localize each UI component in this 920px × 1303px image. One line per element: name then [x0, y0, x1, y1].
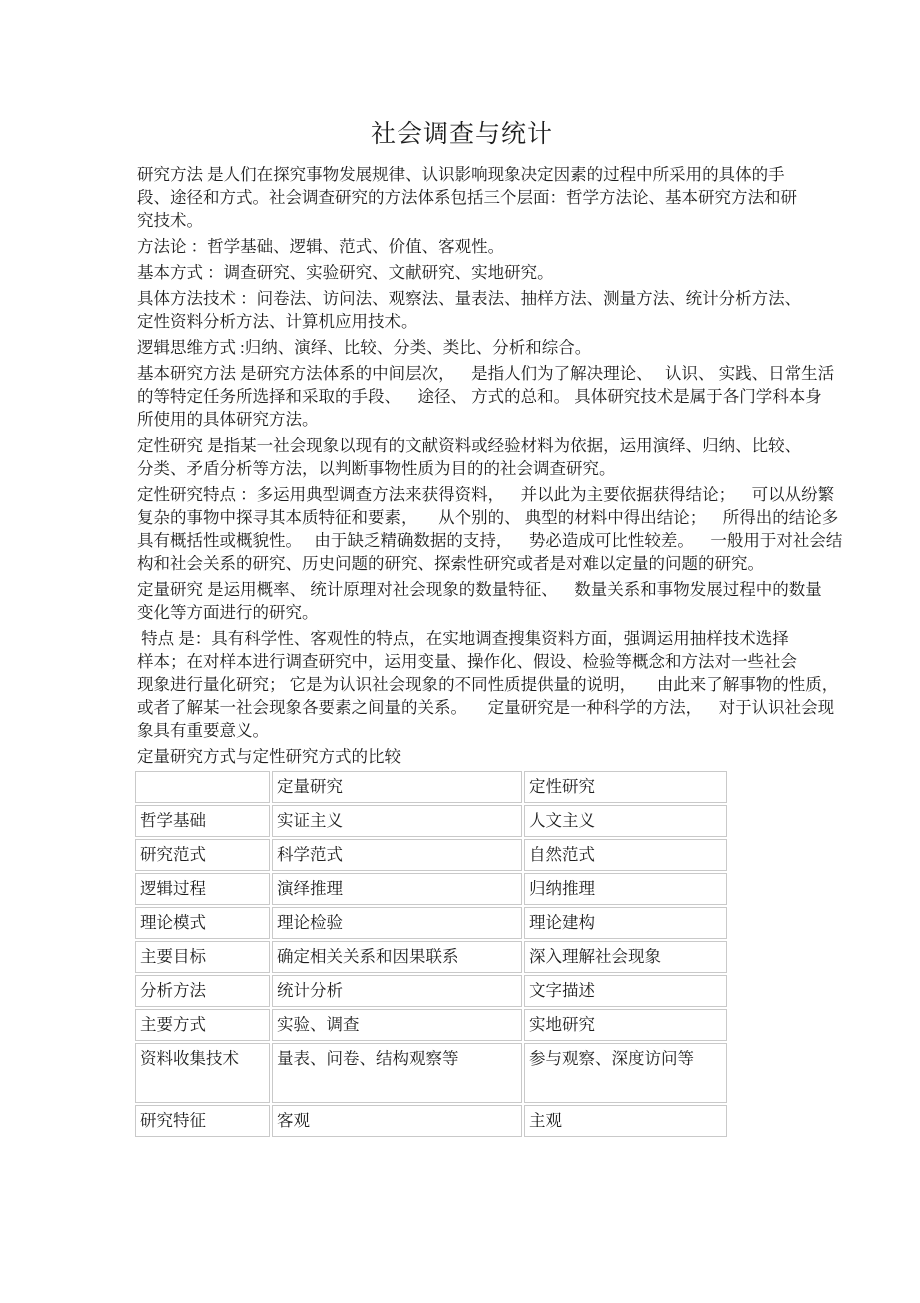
paragraph-line: 或者了解某一社会现象各要素之间量的关系。 定量研究是一种科学的方法， 对于认识社…: [137, 696, 797, 719]
paragraph-line: 基本方式 ：调查研究、实验研究、文献研究、实地研究。: [137, 261, 797, 284]
table-cell: 主观: [524, 1105, 727, 1137]
paragraph-line: 研究方法 是人们在探究事物发展规律、认识影响现象决定因素的过程中所采用的具体的手: [137, 163, 797, 186]
table-cell: 人文主义: [524, 805, 727, 837]
table-row: 逻辑过程演绎推理归纳推理: [135, 873, 727, 905]
table-cell: 哲学基础: [135, 805, 270, 837]
table-row: 研究范式科学范式自然范式: [135, 839, 727, 871]
table-row: 主要方式实验、调查实地研究: [135, 1009, 727, 1041]
paragraph-line: 构和社会关系的研究、历史问题的研究、探索性研究或者是对难以定量的问题的研究。: [137, 552, 797, 575]
table-cell: 主要方式: [135, 1009, 270, 1041]
table-cell: 实证主义: [272, 805, 522, 837]
table-cell: [135, 771, 270, 803]
paragraph-line: 具体方法技术 ：问卷法、访问法、观察法、量表法、抽样方法、测量方法、统计分析方法…: [137, 287, 797, 310]
table-row: 主要目标确定相关关系和因果联系深入理解社会现象: [135, 941, 727, 973]
table-cell: 理论建构: [524, 907, 727, 939]
paragraph-line: 特点 是：具有科学性、客观性的特点，在实地调查搜集资料方面，强调运用抽样技术选择: [137, 627, 797, 650]
paragraph-line: 定性资料分析方法、计算机应用技术。: [137, 310, 797, 333]
table-cell: 实验、调查: [272, 1009, 522, 1041]
paragraph-line: 所使用的具体研究方法。: [137, 408, 797, 431]
paragraph-line: 分类、矛盾分析等方法，以判断事物性质为目的的社会调查研究。: [137, 457, 797, 480]
table-row: 分析方法统计分析文字描述: [135, 975, 727, 1007]
paragraph-line: 定量研究 是运用概率、 统计原理对社会现象的数量特征、 数量关系和事物发展过程中…: [137, 578, 797, 601]
document-body: 社会调查与统计 研究方法 是人们在探究事物发展规律、认识影响现象决定因素的过程中…: [137, 119, 797, 1139]
paragraph: 基本研究方法 是研究方法体系的中间层次， 是指人们为了解决理论、 认识、 实践、…: [137, 362, 797, 431]
table-row: 哲学基础实证主义人文主义: [135, 805, 727, 837]
table-row: 资料收集技术量表、问卷、结构观察等参与观察、深度访问等: [135, 1043, 727, 1103]
table-cell: 参与观察、深度访问等: [524, 1043, 727, 1103]
paragraph-line: 的等特定任务所选择和采取的手段、 途径、 方式的总和。 具体研究技术是属于各门学…: [137, 385, 797, 408]
paragraph-line: 究技术。: [137, 209, 797, 232]
paragraph-line: 象具有重要意义。: [137, 719, 797, 742]
paragraph: 方法论 ：哲学基础、逻辑、范式、价值、客观性。: [137, 235, 797, 258]
paragraph: 研究方法 是人们在探究事物发展规律、认识影响现象决定因素的过程中所采用的具体的手…: [137, 163, 797, 232]
paragraph-line: 具有概括性或概貌性。 由于缺乏精确数据的支持， 势必造成可比性较差。 一般用于对…: [137, 529, 797, 552]
paragraph-line: 现象进行量化研究； 它是为认识社会现象的不同性质提供量的说明， 由此来了解事物的…: [137, 673, 797, 696]
table-row: 研究特征客观主观: [135, 1105, 727, 1137]
paragraph: 逻辑思维方式 :归纳、演绎、比较、分类、类比、分析和综合。: [137, 336, 797, 359]
table-cell: 理论模式: [135, 907, 270, 939]
table-cell: 实地研究: [524, 1009, 727, 1041]
comparison-table: 定量研究定性研究哲学基础实证主义人文主义研究范式科学范式自然范式逻辑过程演绎推理…: [133, 769, 729, 1139]
paragraph-line: 逻辑思维方式 :归纳、演绎、比较、分类、类比、分析和综合。: [137, 336, 797, 359]
paragraph-line: 样本；在对样本进行调查研究中，运用变量、操作化、假设、检验等概念和方法对一些社会: [137, 650, 797, 673]
paragraph-line: 段、途径和方式。社会调查研究的方法体系包括三个层面：哲学方法论、基本研究方法和研: [137, 186, 797, 209]
table-cell: 文字描述: [524, 975, 727, 1007]
paragraph: 定性研究特点 ：多运用典型调查方法来获得资料， 并以此为主要依据获得结论； 可以…: [137, 483, 797, 575]
table-cell: 自然范式: [524, 839, 727, 871]
page-title: 社会调查与统计: [137, 119, 787, 150]
paragraph: 定性研究 是指某一社会现象以现有的文献资料或经验材料为依据，运用演绎、归纳、比较…: [137, 434, 797, 480]
table-cell: 资料收集技术: [135, 1043, 270, 1103]
table-cell: 统计分析: [272, 975, 522, 1007]
document-page: 社会调查与统计 研究方法 是人们在探究事物发展规律、认识影响现象决定因素的过程中…: [0, 0, 920, 1303]
paragraph: 基本方式 ：调查研究、实验研究、文献研究、实地研究。: [137, 261, 797, 284]
table-cell: 逻辑过程: [135, 873, 270, 905]
paragraph: 特点 是：具有科学性、客观性的特点，在实地调查搜集资料方面，强调运用抽样技术选择…: [137, 627, 797, 742]
table-cell: 定量研究: [272, 771, 522, 803]
table-cell: 研究特征: [135, 1105, 270, 1137]
paragraphs: 研究方法 是人们在探究事物发展规律、认识影响现象决定因素的过程中所采用的具体的手…: [137, 163, 797, 742]
paragraph: 定量研究 是运用概率、 统计原理对社会现象的数量特征、 数量关系和事物发展过程中…: [137, 578, 797, 624]
paragraph-line: 定性研究 是指某一社会现象以现有的文献资料或经验材料为依据，运用演绎、归纳、比较…: [137, 434, 797, 457]
table-cell: 科学范式: [272, 839, 522, 871]
table-cell: 深入理解社会现象: [524, 941, 727, 973]
table-cell: 确定相关关系和因果联系: [272, 941, 522, 973]
comparison-table-body: 定量研究定性研究哲学基础实证主义人文主义研究范式科学范式自然范式逻辑过程演绎推理…: [135, 771, 727, 1137]
table-cell: 定性研究: [524, 771, 727, 803]
table-cell: 归纳推理: [524, 873, 727, 905]
table-cell: 分析方法: [135, 975, 270, 1007]
table-caption: 定量研究方式与定性研究方式的比较: [137, 745, 797, 768]
paragraph-line: 基本研究方法 是研究方法体系的中间层次， 是指人们为了解决理论、 认识、 实践、…: [137, 362, 797, 385]
table-cell: 客观: [272, 1105, 522, 1137]
table-cell: 演绎推理: [272, 873, 522, 905]
paragraph-line: 方法论 ：哲学基础、逻辑、范式、价值、客观性。: [137, 235, 797, 258]
paragraph-line: 复杂的事物中探寻其本质特征和要素， 从个别的、 典型的材料中得出结论； 所得出的…: [137, 506, 797, 529]
table-cell: 理论检验: [272, 907, 522, 939]
table-cell: 主要目标: [135, 941, 270, 973]
table-cell: 研究范式: [135, 839, 270, 871]
table-row: 理论模式理论检验理论建构: [135, 907, 727, 939]
table-header-row: 定量研究定性研究: [135, 771, 727, 803]
table-cell: 量表、问卷、结构观察等: [272, 1043, 522, 1103]
paragraph: 具体方法技术 ：问卷法、访问法、观察法、量表法、抽样方法、测量方法、统计分析方法…: [137, 287, 797, 333]
paragraph-line: 定性研究特点 ：多运用典型调查方法来获得资料， 并以此为主要依据获得结论； 可以…: [137, 483, 797, 506]
paragraph-line: 变化等方面进行的研究。: [137, 601, 797, 624]
